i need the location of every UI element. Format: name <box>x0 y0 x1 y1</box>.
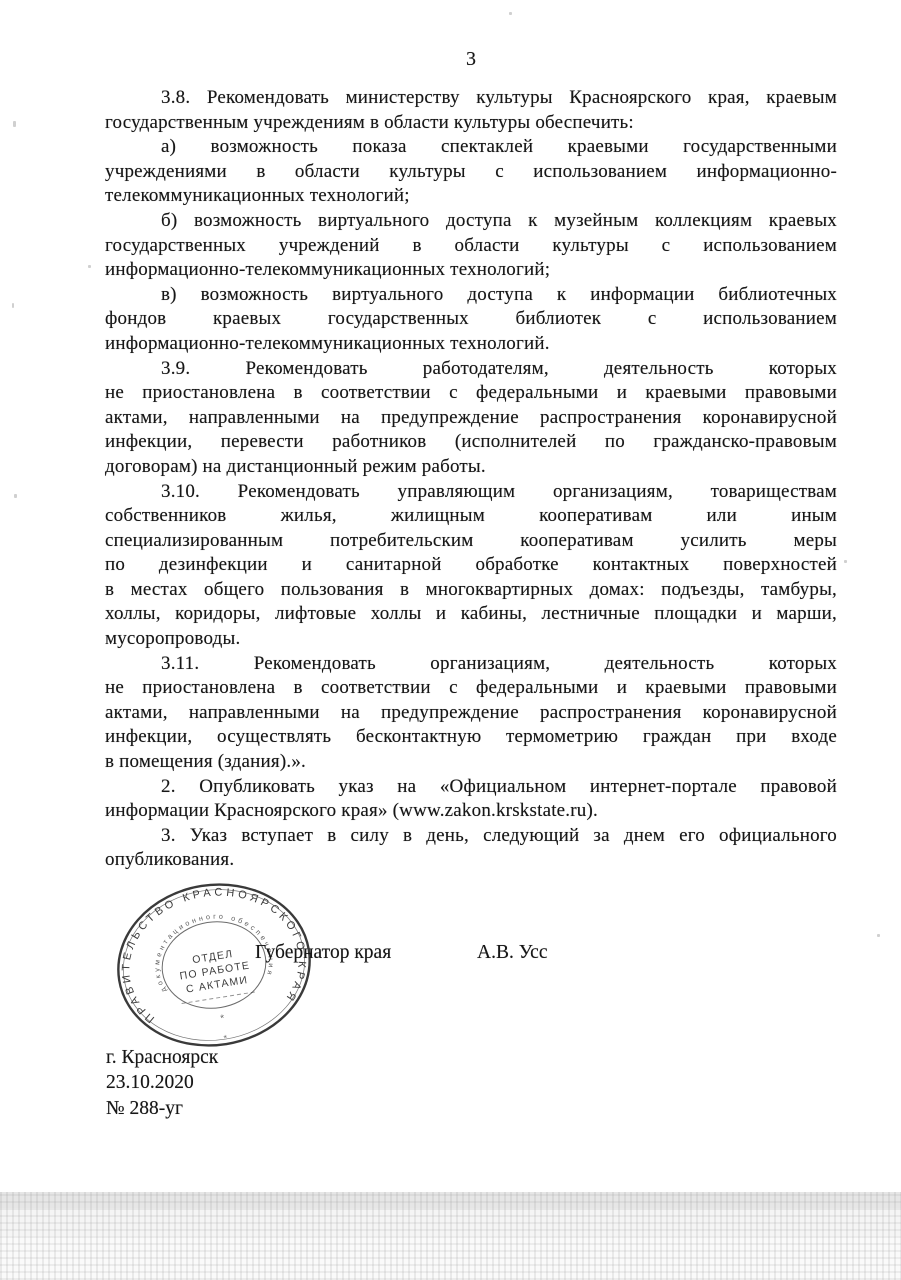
text-line: в) возможность виртуального доступа к ин… <box>105 283 837 308</box>
scan-speck <box>844 560 847 563</box>
text-line: специализированным потребительским коопе… <box>105 529 837 554</box>
issue-details: г. Красноярск 23.10.2020 № 288-уг <box>106 1045 218 1121</box>
paragraph: 3.10. Рекомендовать управляющим организа… <box>105 480 837 652</box>
paragraph: а) возможность показа спектаклей краевым… <box>105 135 837 209</box>
text-line: инфекции, осуществлять бесконтактную тер… <box>105 725 837 750</box>
text-line: в помещения (здания).». <box>105 750 837 775</box>
text-line: 2. Опубликовать указ на «Официальном инт… <box>105 775 837 800</box>
text-line: в местах общего пользования в многокварт… <box>105 578 837 603</box>
scan-speck <box>14 494 17 498</box>
document-text: 3.8. Рекомендовать министерству культуры… <box>105 86 837 873</box>
text-line: собственников жилья, жилищным кооператив… <box>105 504 837 529</box>
paragraph: 3.9. Рекомендовать работодателям, деятел… <box>105 357 837 480</box>
scan-speck <box>12 303 14 308</box>
text-line: не приостановлена в соответствии с федер… <box>105 676 837 701</box>
text-line: договорам) на дистанционный режим работы… <box>105 455 837 480</box>
text-line: мусоропроводы. <box>105 627 837 652</box>
scan-speck <box>509 12 512 15</box>
issue-city: г. Красноярск <box>106 1045 218 1070</box>
signature-title: Губернатор края <box>255 942 391 964</box>
text-line: актами, направленными на предупреждение … <box>105 406 837 431</box>
issue-date: 23.10.2020 <box>106 1070 218 1095</box>
text-line: государственных учреждений в области кул… <box>105 234 837 259</box>
official-stamp: ПРАВИТЕЛЬСТВО КРАСНОЯРСКОГО КРАЯ докумен… <box>100 863 329 1067</box>
text-line: 3. Указ вступает в силу в день, следующи… <box>105 824 837 849</box>
text-line: 3.11. Рекомендовать организациям, деятел… <box>105 652 837 677</box>
text-line: актами, направленными на предупреждение … <box>105 701 837 726</box>
text-line: инфекции, перевести работников (исполнит… <box>105 430 837 455</box>
text-line: 3.9. Рекомендовать работодателям, деятел… <box>105 357 837 382</box>
stamp-seal-icon: ПРАВИТЕЛЬСТВО КРАСНОЯРСКОГО КРАЯ докумен… <box>100 863 329 1067</box>
scan-speck <box>877 934 880 937</box>
paragraph: в) возможность виртуального доступа к ин… <box>105 283 837 357</box>
text-line: государственным учреждениям в области ку… <box>105 111 837 136</box>
paragraph: 2. Опубликовать указ на «Официальном инт… <box>105 775 837 824</box>
text-line: опубликования. <box>105 848 837 873</box>
issue-number: № 288-уг <box>106 1096 218 1121</box>
page-number: 3 <box>105 48 837 71</box>
text-line: не приостановлена в соответствии с федер… <box>105 381 837 406</box>
text-line: б) возможность виртуального доступа к му… <box>105 209 837 234</box>
text-line: холлы, коридоры, лифтовые холлы и кабины… <box>105 602 837 627</box>
text-line: по дезинфекции и санитарной обработке ко… <box>105 553 837 578</box>
text-line: учреждениями в области культуры с исполь… <box>105 160 837 185</box>
scan-speck <box>13 121 16 127</box>
text-line: а) возможность показа спектаклей краевым… <box>105 135 837 160</box>
scan-noise-band <box>0 1192 901 1280</box>
scan-speck <box>88 265 91 268</box>
paragraph: б) возможность виртуального доступа к му… <box>105 209 837 283</box>
paragraph: 3.8. Рекомендовать министерству культуры… <box>105 86 837 135</box>
paragraph: 3.11. Рекомендовать организациям, деятел… <box>105 652 837 775</box>
signature-name: А.В. Усс <box>477 942 548 964</box>
text-line: информации Красноярского края» (www.zako… <box>105 799 837 824</box>
paragraph: 3. Указ вступает в силу в день, следующи… <box>105 824 837 873</box>
text-line: 3.10. Рекомендовать управляющим организа… <box>105 480 837 505</box>
text-line: информационно-телекоммуникационных техно… <box>105 258 837 283</box>
text-line: телекоммуникационных технологий; <box>105 184 837 209</box>
text-line: информационно-телекоммуникационных техно… <box>105 332 837 357</box>
document-page: 3 3.8. Рекомендовать министерству культу… <box>0 0 901 1280</box>
stamp-asterisk-mark: * <box>220 1013 226 1024</box>
stamp-bottom-mark: * <box>223 1033 229 1044</box>
text-line: 3.8. Рекомендовать министерству культуры… <box>105 86 837 111</box>
text-line: фондов краевых государственных библиотек… <box>105 307 837 332</box>
